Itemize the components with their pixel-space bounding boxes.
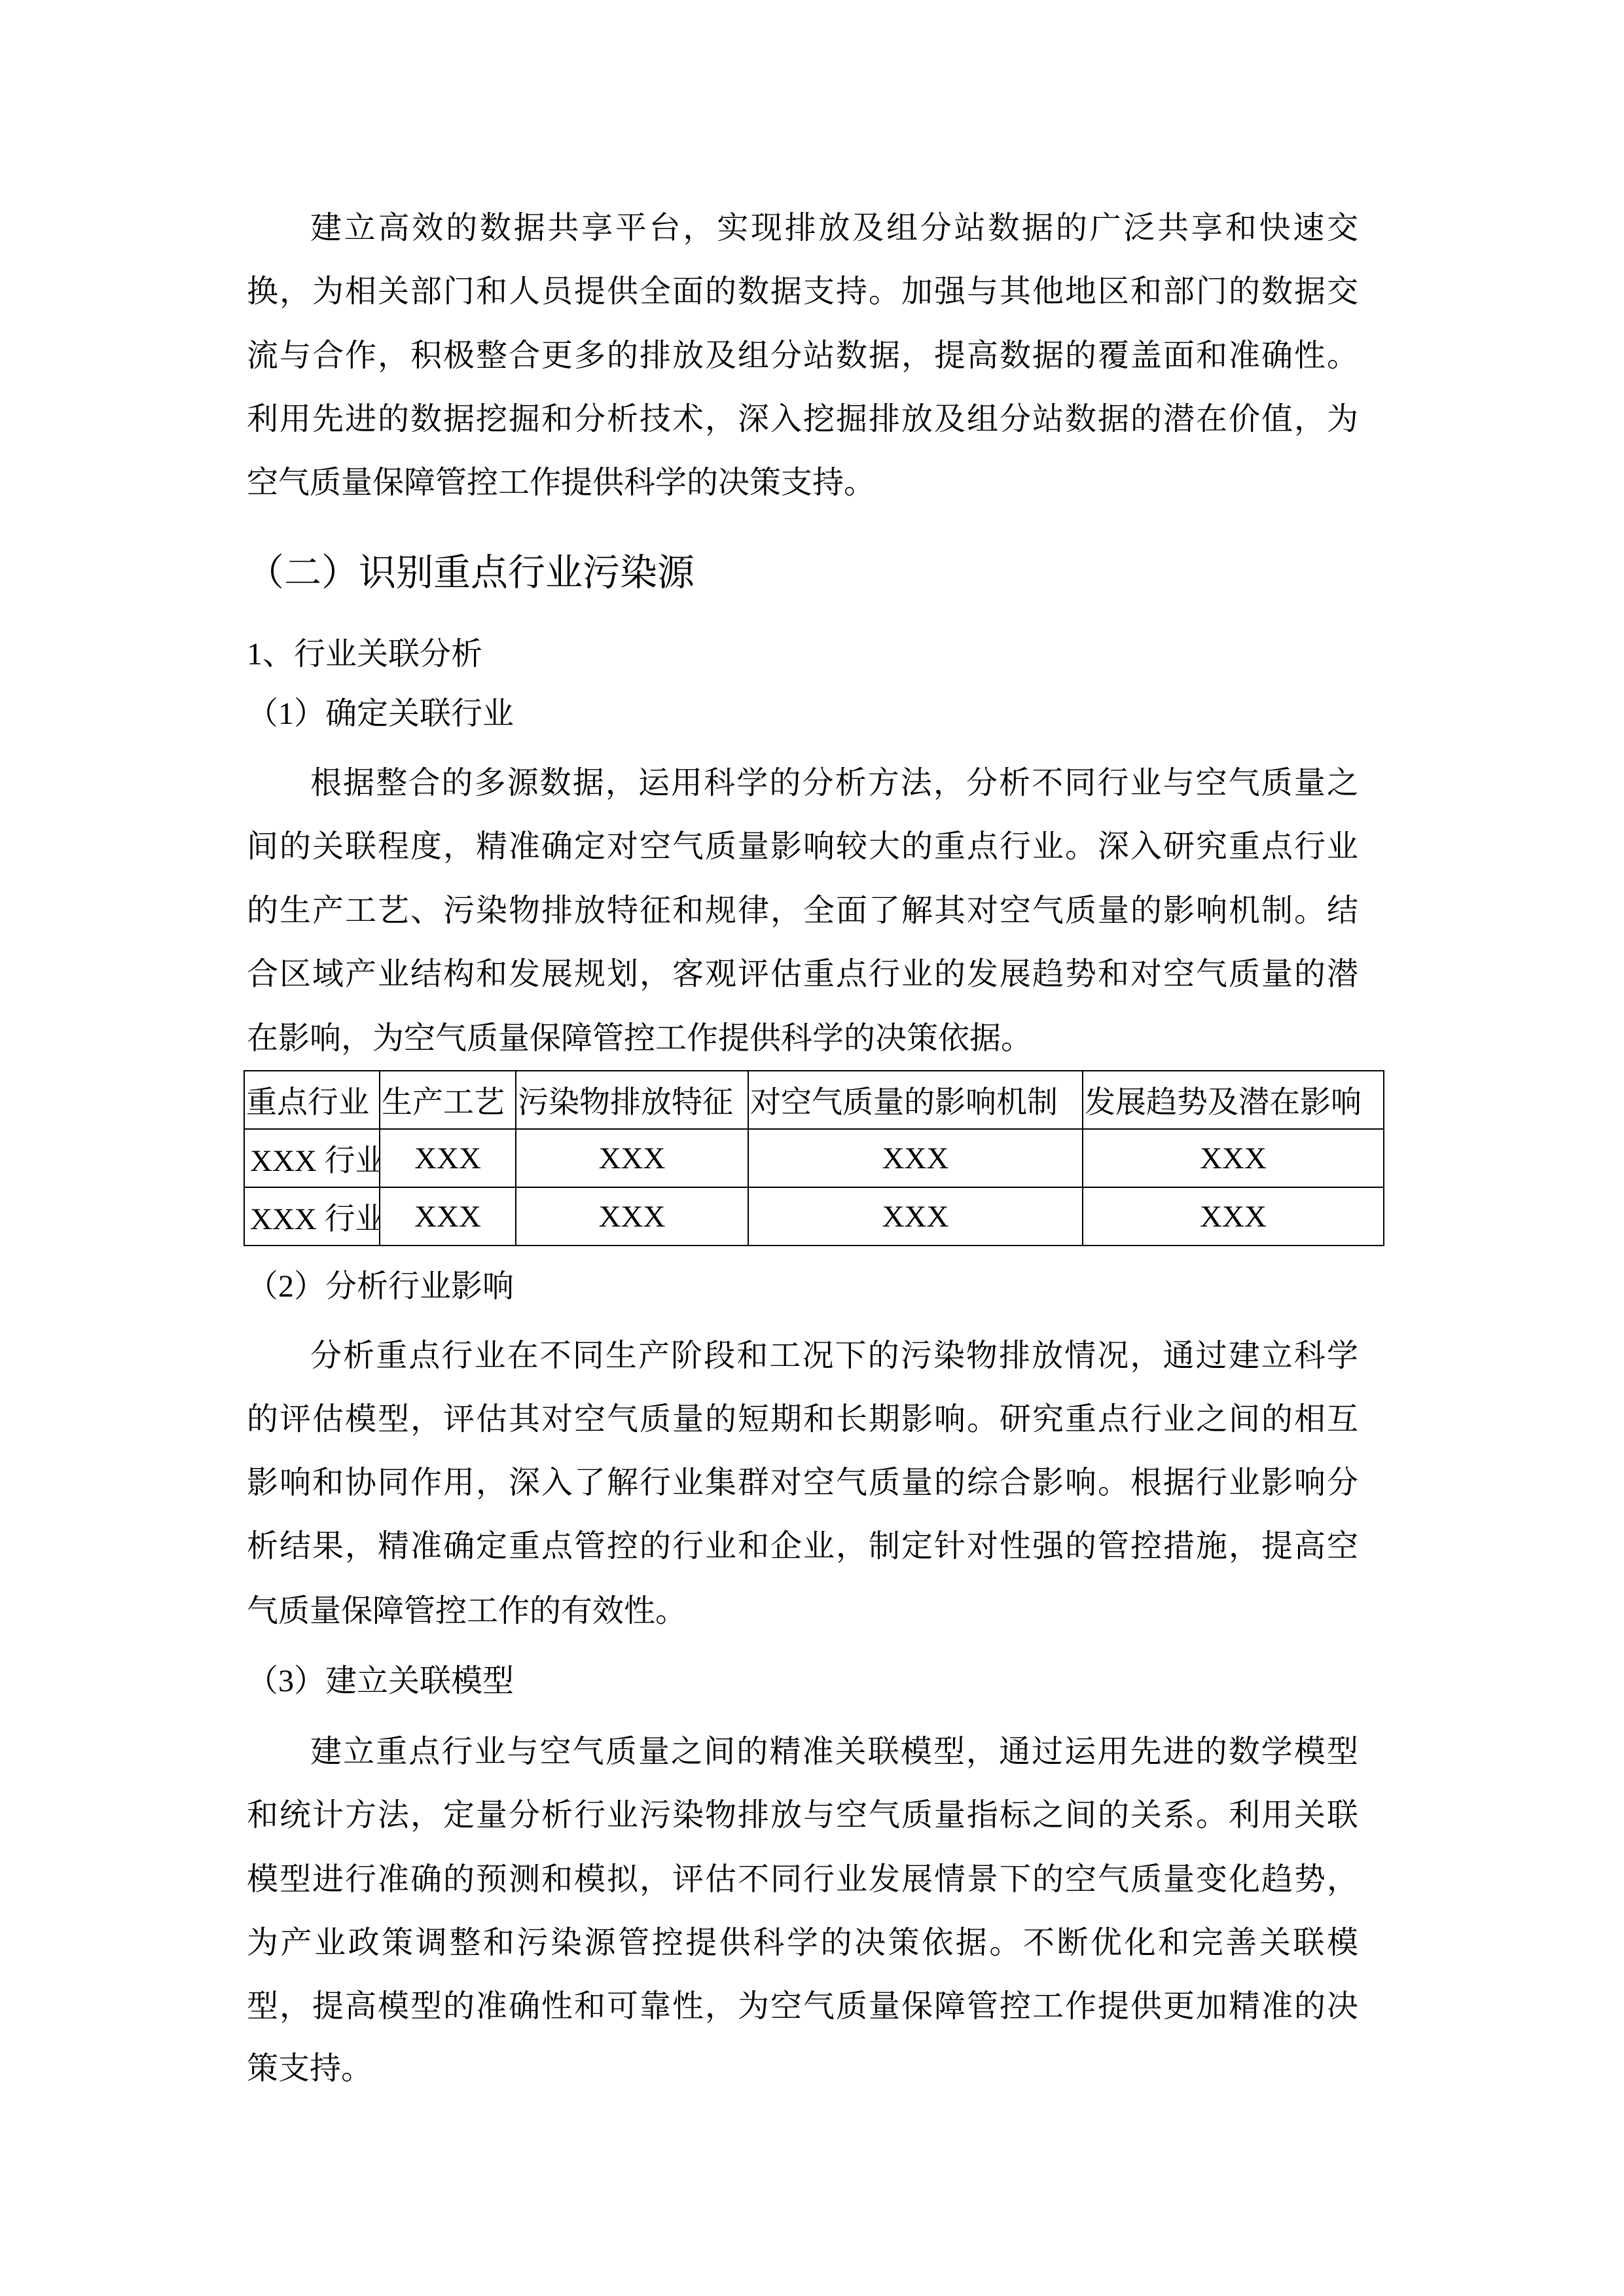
paragraph-line: 的评估模型，评估其对空气质量的短期和长期影响。研究重点行业之间的相互 xyxy=(247,1400,1358,1439)
section-heading: （二）识别重点行业污染源 xyxy=(247,550,695,596)
paragraph-line: 型，提高模型的准确性和可靠性，为空气质量保障管控工作提供更加精准的决 xyxy=(247,1987,1358,2026)
item-title-3: （3）建立关联模型 xyxy=(247,1662,514,1701)
paragraph-line: 换，为相关部门和人员提供全面的数据支持。加强与其他地区和部门的数据交 xyxy=(247,272,1358,312)
table-cell: XXX xyxy=(1083,1129,1384,1187)
paragraph-line: 析结果，精准确定重点管控的行业和企业，制定针对性强的管控措施，提高空 xyxy=(247,1527,1358,1566)
paragraph-line: 模型进行准确的预测和模拟，评估不同行业发展情景下的空气质量变化趋势， xyxy=(247,1860,1358,1899)
table-cell: XXX xyxy=(748,1187,1083,1246)
paragraph-line: 利用先进的数据挖掘和分析技术，深入挖掘排放及组分站数据的潜在价值，为 xyxy=(247,400,1358,439)
table-cell: XXX xyxy=(380,1129,516,1187)
paragraph-line: 的生产工艺、污染物排放特征和规律，全面了解其对空气质量的影响机制。结 xyxy=(247,891,1358,931)
document-page: 建立高效的数据共享平台，实现排放及组分站数据的广泛共享和快速交 换，为相关部门和… xyxy=(0,0,1624,2296)
table-cell: XXX 行业 xyxy=(244,1129,380,1187)
table-header-row: 重点行业 生产工艺 污染物排放特征 对空气质量的影响机制 发展趋势及潜在影响 xyxy=(244,1071,1384,1129)
paragraph-line: 在影响，为空气质量保障管控工作提供科学的决策依据。 xyxy=(247,1019,1358,1058)
table-header-cell: 生产工艺 xyxy=(380,1071,516,1129)
paragraph-line: 间的关联程度，精准确定对空气质量影响较大的重点行业。深入研究重点行业 xyxy=(247,827,1358,867)
paragraph-line: 建立重点行业与空气质量之间的精准关联模型，通过运用先进的数学模型 xyxy=(310,1732,1358,1772)
paragraph-line: 空气质量保障管控工作提供科学的决策支持。 xyxy=(247,463,1358,503)
item-title-1: （1）确定关联行业 xyxy=(247,694,514,734)
paragraph-line: 合区域产业结构和发展规划，客观评估重点行业的发展趋势和对空气质量的潜 xyxy=(247,955,1358,994)
table-cell: XXX xyxy=(1083,1187,1384,1246)
paragraph-line: 气质量保障管控工作的有效性。 xyxy=(247,1592,1358,1631)
table-row: XXX 行业 XXX XXX XXX XXX xyxy=(244,1129,1384,1187)
table-header-cell: 重点行业 xyxy=(244,1071,380,1129)
paragraph-line: 和统计方法，定量分析行业污染物排放与空气质量指标之间的关系。利用关联 xyxy=(247,1796,1358,1835)
table-cell: XXX xyxy=(516,1187,748,1246)
paragraph-line: 根据整合的多源数据，运用科学的分析方法，分析不同行业与空气质量之 xyxy=(310,764,1358,803)
table-row: XXX 行业 XXX XXX XXX XXX xyxy=(244,1187,1384,1246)
table-cell: XXX xyxy=(516,1129,748,1187)
paragraph-line: 分析重点行业在不同生产阶段和工况下的污染物排放情况，通过建立科学 xyxy=(310,1336,1358,1376)
item-title-2: （2）分析行业影响 xyxy=(247,1267,514,1306)
table-cell: XXX 行业 xyxy=(244,1187,380,1246)
paragraph-line: 建立高效的数据共享平台，实现排放及组分站数据的广泛共享和快速交 xyxy=(310,209,1358,248)
table-cell: XXX xyxy=(748,1129,1083,1187)
paragraph-line: 为产业政策调整和污染源管控提供科学的决策依据。不断优化和完善关联模 xyxy=(247,1924,1358,1963)
paragraph-line: 策支持。 xyxy=(247,2049,1358,2089)
table-cell: XXX xyxy=(380,1187,516,1246)
industry-table: 重点行业 生产工艺 污染物排放特征 对空气质量的影响机制 发展趋势及潜在影响 X… xyxy=(244,1070,1384,1246)
table-header-cell: 对空气质量的影响机制 xyxy=(748,1071,1083,1129)
subsection-title: 1、行业关联分析 xyxy=(247,635,482,674)
paragraph-line: 影响和协同作用，深入了解行业集群对空气质量的综合影响。根据行业影响分 xyxy=(247,1463,1358,1503)
paragraph-line: 流与合作，积极整合更多的排放及组分站数据，提高数据的覆盖面和准确性。 xyxy=(247,336,1358,376)
table-header-cell: 发展趋势及潜在影响 xyxy=(1083,1071,1384,1129)
table-header-cell: 污染物排放特征 xyxy=(516,1071,748,1129)
